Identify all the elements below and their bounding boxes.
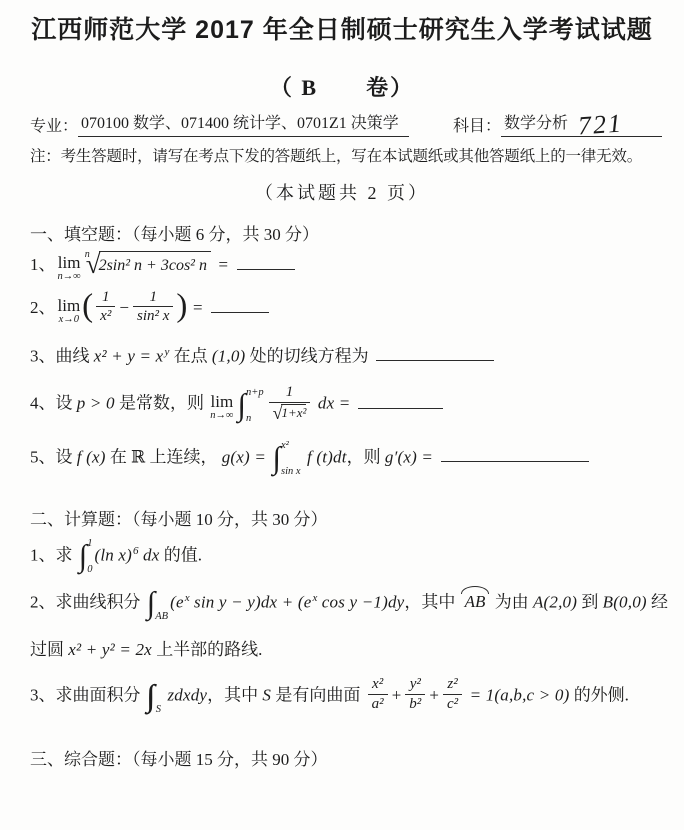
page-title: 江西师范大学 2017 年全日制硕士研究生入学考试试题: [18, 14, 666, 47]
denominator: √1+x²: [269, 402, 311, 422]
integral-sign-icon: ∫: [272, 442, 281, 473]
text-run: 2、求曲线积分: [30, 592, 145, 611]
section-problems: 1、limn→∞n√2sin² n + 3cos² n = 2、limx→0(1…: [30, 252, 674, 477]
problem-line: 1、求 ∫10(ln x)6 dx 的值.: [30, 538, 674, 575]
header-meta-row: 专业： 070100 数学、071400 统计学、0701Z1 决策学 科目： …: [30, 114, 662, 138]
problem-line: 1、limn→∞n√2sin² n + 3cos² n =: [30, 252, 674, 281]
math-run: (e: [170, 592, 184, 611]
section-heading: 一、填空题：（每小题 6 分，共 30 分）: [30, 220, 674, 245]
math-run: g′(x) =: [385, 447, 438, 466]
math-run: =: [187, 298, 208, 317]
problem-line: 3、求曲面积分 ∫∫S zdxdy，其中 S 是有向曲面 x²a²+y²b²+z…: [30, 678, 674, 715]
integral-bounds: 10: [87, 539, 92, 576]
subject-value: 数学分析 721: [501, 114, 662, 138]
integral: ∫n+pn: [237, 386, 263, 423]
handwritten-subject-code: 721: [577, 113, 623, 136]
math-run: zdxdy: [163, 685, 207, 704]
arc-overline: AB: [463, 591, 488, 614]
text-run: 过圆: [30, 640, 68, 659]
text-run: 为由: [490, 592, 533, 611]
problem-line: 3、曲线 x² + y = xy 在点 (1,0) 处的切线方程为: [30, 345, 674, 369]
lim-bound: n→∞: [58, 272, 81, 283]
answer-blank: [376, 345, 494, 361]
integral-bounds: S: [156, 679, 161, 716]
problem-line: 过圆 x² + y² = 2x 上半部的路线.: [30, 639, 674, 662]
text-run: 是有向曲面: [271, 685, 365, 704]
nth-root: n√2sin² n + 3cos² n: [85, 251, 211, 278]
paper-type-label: （ B 卷）: [0, 71, 684, 102]
math-run: (1,0): [212, 346, 246, 365]
math-run: f (t)dt: [303, 447, 347, 466]
math-run: f (x): [77, 447, 106, 466]
answer-blank: [237, 254, 295, 270]
major-label: 专业：: [30, 117, 78, 138]
fraction: z²c²: [443, 676, 462, 712]
radicand: 2sin² n + 3cos² n: [99, 251, 211, 277]
answer-blank: [358, 393, 443, 409]
section-problems: 1、求 ∫10(ln x)6 dx 的值.2、求曲线积分 ∫AB(ex sin …: [30, 538, 674, 715]
fraction: y²b²: [405, 676, 425, 712]
integral-sign-icon: ∫: [79, 540, 88, 571]
upper-bound: x²: [281, 441, 301, 452]
math-run: = 1(a,b,c > 0): [465, 685, 569, 704]
upper-bound: 1: [87, 539, 92, 550]
integral-bounds: n+pn: [246, 388, 264, 425]
double-integral: ∫∫S: [147, 677, 161, 714]
math-run: x² + y = x: [94, 346, 164, 365]
lower-bound: n: [246, 414, 264, 425]
text-run: ，则: [347, 447, 385, 466]
upper-bound: n+p: [246, 388, 264, 399]
lim-word: lim: [211, 393, 234, 410]
math-run: (ln x): [95, 545, 133, 564]
exam-note: 注：考生答题时，请写在考点下发的答题纸上，写在本试题纸或其他答题纸上的一律无效。: [30, 144, 670, 166]
problem-line: 2、求曲线积分 ∫AB(ex sin y − y)dx + (ex cos y …: [30, 585, 674, 622]
lower-bound: S: [156, 705, 161, 716]
math-run: sin y − y)dx + (e: [190, 592, 312, 611]
text-run: 经: [647, 592, 668, 611]
lim-word: lim: [58, 254, 81, 271]
denominator: x²: [96, 306, 115, 325]
integral-sign-icon: ∫∫: [147, 680, 156, 711]
text-run: ，其中: [207, 685, 262, 704]
answer-blank: [441, 446, 589, 462]
numerator: 1: [282, 384, 298, 402]
math-run: S: [262, 685, 271, 704]
text-run: 5、设: [30, 447, 77, 466]
lower-bound: 0: [87, 565, 92, 576]
numerator: y²: [406, 676, 425, 694]
problem-line: 5、设 f (x) 在 ℝ 上连续， g(x) = ∫x²sin x f (t)…: [30, 440, 674, 477]
text-run: 到: [577, 592, 603, 611]
text-run: 在 ℝ 上连续，: [106, 447, 222, 466]
text-run: ，其中: [404, 592, 459, 611]
math-run: p > 0: [77, 394, 115, 413]
math-run: B(0,0): [603, 592, 647, 611]
numerator: 1: [98, 289, 114, 307]
denominator: c²: [443, 694, 462, 713]
text-run: 在点: [169, 346, 212, 365]
lim-word: lim: [58, 297, 81, 314]
text-run: 2、: [30, 298, 56, 317]
text-run: 3、曲线: [30, 346, 94, 365]
text-run: 的值.: [159, 545, 202, 564]
denominator: a²: [368, 694, 388, 713]
math-run: x² + y² = 2x: [68, 640, 152, 659]
text-run: 3、求曲面积分: [30, 685, 145, 704]
lower-bound: AB: [155, 612, 168, 623]
big-paren: ): [176, 288, 187, 324]
section-heading: 二、计算题：（每小题 10 分，共 30 分）: [30, 505, 674, 530]
problem-line: 2、limx→0(1x²−1sin² x) =: [30, 291, 674, 327]
limit: limx→0: [58, 297, 81, 326]
math-run: +: [391, 685, 403, 704]
text-run: 的外侧.: [569, 685, 629, 704]
math-run: A(2,0): [533, 592, 577, 611]
fraction: 1√1+x²: [269, 384, 311, 422]
numerator: z²: [443, 676, 461, 694]
math-run: −: [118, 298, 130, 317]
fraction: 1sin² x: [133, 289, 173, 325]
big-paren: (: [82, 288, 93, 324]
answer-blank: [211, 297, 269, 313]
math-run: dx =: [313, 394, 354, 413]
limit: limn→∞: [210, 393, 233, 422]
subject-label: 科目：: [453, 117, 501, 138]
exam-paper-page: 江西师范大学 2017 年全日制硕士研究生入学考试试题 （ B 卷） 专业： 0…: [0, 0, 684, 830]
integral-bounds: AB: [155, 586, 168, 623]
lim-bound: n→∞: [210, 411, 233, 422]
integral: ∫10: [79, 537, 93, 574]
subject-name: 数学分析: [504, 114, 568, 135]
integral: ∫AB: [147, 584, 168, 621]
math-run: =: [213, 255, 234, 274]
math-run: +: [428, 685, 440, 704]
section-heading: 三、综合题：（每小题 15 分，共 90 分）: [30, 745, 674, 770]
math-run: dx: [139, 545, 160, 564]
exam-body: 一、填空题：（每小题 6 分，共 30 分） 1、limn→∞n√2sin² n…: [0, 220, 684, 770]
arc-text: AB: [465, 592, 486, 611]
section-comprehensive: 三、综合题：（每小题 15 分，共 90 分）: [30, 745, 674, 770]
lim-bound: x→0: [59, 315, 79, 326]
denominator: sin² x: [133, 306, 173, 325]
text-run: 上半部的路线.: [152, 640, 263, 659]
text-run: 1、: [30, 255, 56, 274]
fraction: 1x²: [96, 289, 115, 325]
text-run: 1、求: [30, 545, 77, 564]
math-run: g(x) =: [222, 447, 271, 466]
text-run: 处的切线方程为: [245, 346, 373, 365]
radicand: 1+x²: [281, 404, 306, 420]
pages-note: （本试题共 2 页）: [0, 179, 684, 205]
text-run: 4、设: [30, 394, 77, 413]
lower-bound: sin x: [281, 467, 301, 478]
math-run: cos y −1)dy: [317, 592, 404, 611]
numerator: 1: [145, 289, 161, 307]
numerator: x²: [368, 676, 387, 694]
text-run: 是常数，则: [115, 394, 209, 413]
integral-sign-icon: ∫: [147, 587, 156, 618]
root-index: n: [85, 248, 90, 262]
major-value: 070100 数学、071400 统计学、0701Z1 决策学: [78, 114, 409, 138]
section-fill-in-blanks: 一、填空题：（每小题 6 分，共 30 分） 1、limn→∞n√2sin² n…: [30, 220, 674, 477]
problem-line: 4、设 p > 0 是常数，则 limn→∞∫n+pn1√1+x² dx =: [30, 386, 674, 424]
integral: ∫x²sin x: [272, 439, 300, 476]
integral-bounds: x²sin x: [281, 441, 301, 478]
section-calculation: 二、计算题：（每小题 10 分，共 30 分） 1、求 ∫10(ln x)6 d…: [30, 505, 674, 715]
limit: limn→∞: [58, 254, 81, 283]
fraction: x²a²: [368, 676, 388, 712]
denominator: b²: [405, 694, 425, 713]
integral-sign-icon: ∫: [237, 389, 246, 420]
